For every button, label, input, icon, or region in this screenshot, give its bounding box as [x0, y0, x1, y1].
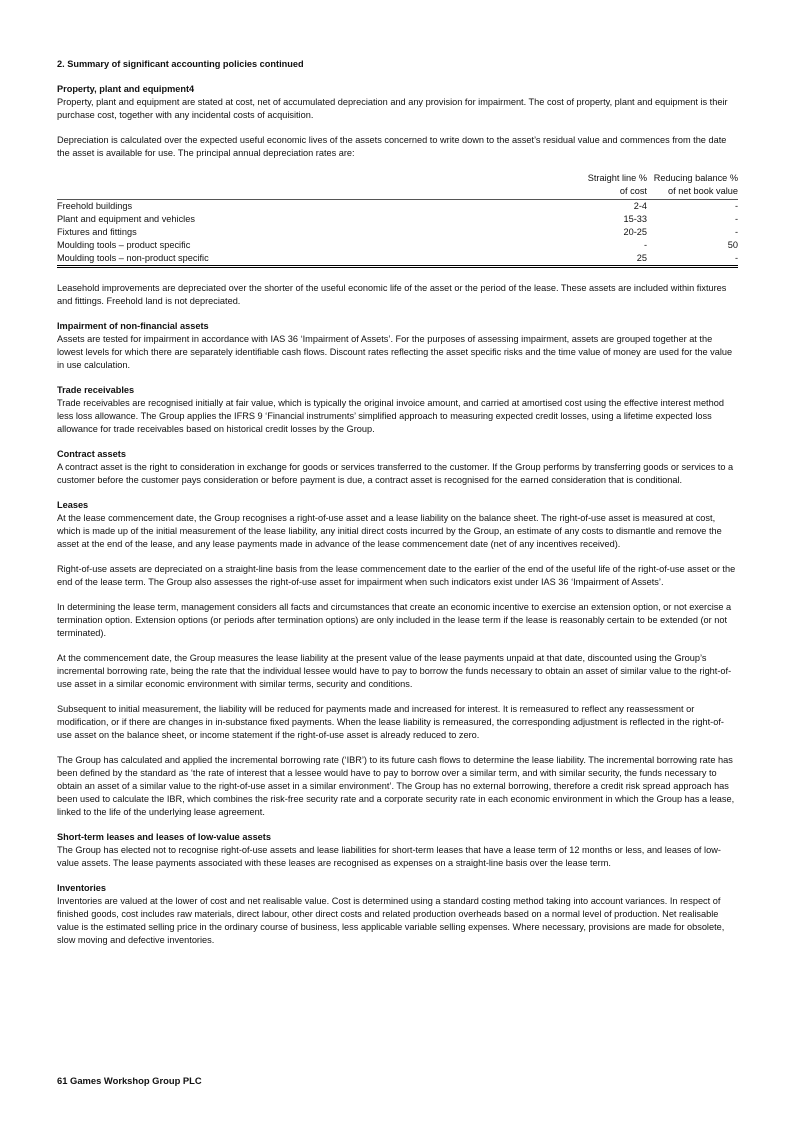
leases-paragraph: In determining the lease term, managemen… [57, 601, 738, 640]
contract-assets-paragraph: A contract asset is the right to conside… [57, 461, 738, 487]
document-page: 2. Summary of significant accounting pol… [57, 58, 738, 959]
depreciation-rates-table: Straight line % of cost Reducing balance… [57, 172, 738, 268]
table-row: Moulding tools – non-product specific 25… [57, 252, 738, 267]
row-label: Moulding tools – non-product specific [57, 252, 567, 267]
section-title: 2. Summary of significant accounting pol… [57, 58, 738, 71]
straight-line-value: 2-4 [567, 200, 647, 214]
row-label: Moulding tools – product specific [57, 239, 567, 252]
header-straight-line: Straight line % of cost [567, 172, 647, 200]
short-term-leases-paragraph: The Group has elected not to recognise r… [57, 844, 738, 870]
ppe-paragraph-2: Depreciation is calculated over the expe… [57, 134, 738, 160]
page-footer: 61 Games Workshop Group PLC [57, 1074, 202, 1087]
table-row: Plant and equipment and vehicles 15-33 - [57, 213, 738, 226]
row-label: Freehold buildings [57, 200, 567, 214]
header-reducing-balance: Reducing balance % of net book value [647, 172, 738, 200]
reducing-balance-value: - [647, 226, 738, 239]
leases-paragraph: The Group has calculated and applied the… [57, 754, 738, 819]
leases-paragraph: At the lease commencement date, the Grou… [57, 512, 738, 551]
leases-paragraph: Right-of-use assets are depreciated on a… [57, 563, 738, 589]
straight-line-value: 25 [567, 252, 647, 267]
reducing-balance-value: - [647, 213, 738, 226]
reducing-balance-value: - [647, 200, 738, 214]
row-label: Plant and equipment and vehicles [57, 213, 567, 226]
ppe-heading: Property, plant and equipment4 [57, 83, 738, 96]
straight-line-value: - [567, 239, 647, 252]
ppe-paragraph-3: Leasehold improvements are depreciated o… [57, 282, 738, 308]
inventories-heading: Inventories [57, 882, 738, 895]
table-row: Freehold buildings 2-4 - [57, 200, 738, 214]
trade-receivables-paragraph: Trade receivables are recognised initial… [57, 397, 738, 436]
straight-line-value: 20-25 [567, 226, 647, 239]
short-term-leases-heading: Short-term leases and leases of low-valu… [57, 831, 738, 844]
leases-paragraph: At the commencement date, the Group meas… [57, 652, 738, 691]
impairment-paragraph: Assets are tested for impairment in acco… [57, 333, 738, 372]
straight-line-value: 15-33 [567, 213, 647, 226]
row-label: Fixtures and fittings [57, 226, 567, 239]
ppe-paragraph-1: Property, plant and equipment are stated… [57, 96, 738, 122]
table-row: Fixtures and fittings 20-25 - [57, 226, 738, 239]
table-row: Moulding tools – product specific - 50 [57, 239, 738, 252]
impairment-heading: Impairment of non-financial assets [57, 320, 738, 333]
leases-paragraph: Subsequent to initial measurement, the l… [57, 703, 738, 742]
reducing-balance-value: - [647, 252, 738, 267]
reducing-balance-value: 50 [647, 239, 738, 252]
inventories-paragraph: Inventories are valued at the lower of c… [57, 895, 738, 947]
trade-receivables-heading: Trade receivables [57, 384, 738, 397]
leases-heading: Leases [57, 499, 738, 512]
contract-assets-heading: Contract assets [57, 448, 738, 461]
